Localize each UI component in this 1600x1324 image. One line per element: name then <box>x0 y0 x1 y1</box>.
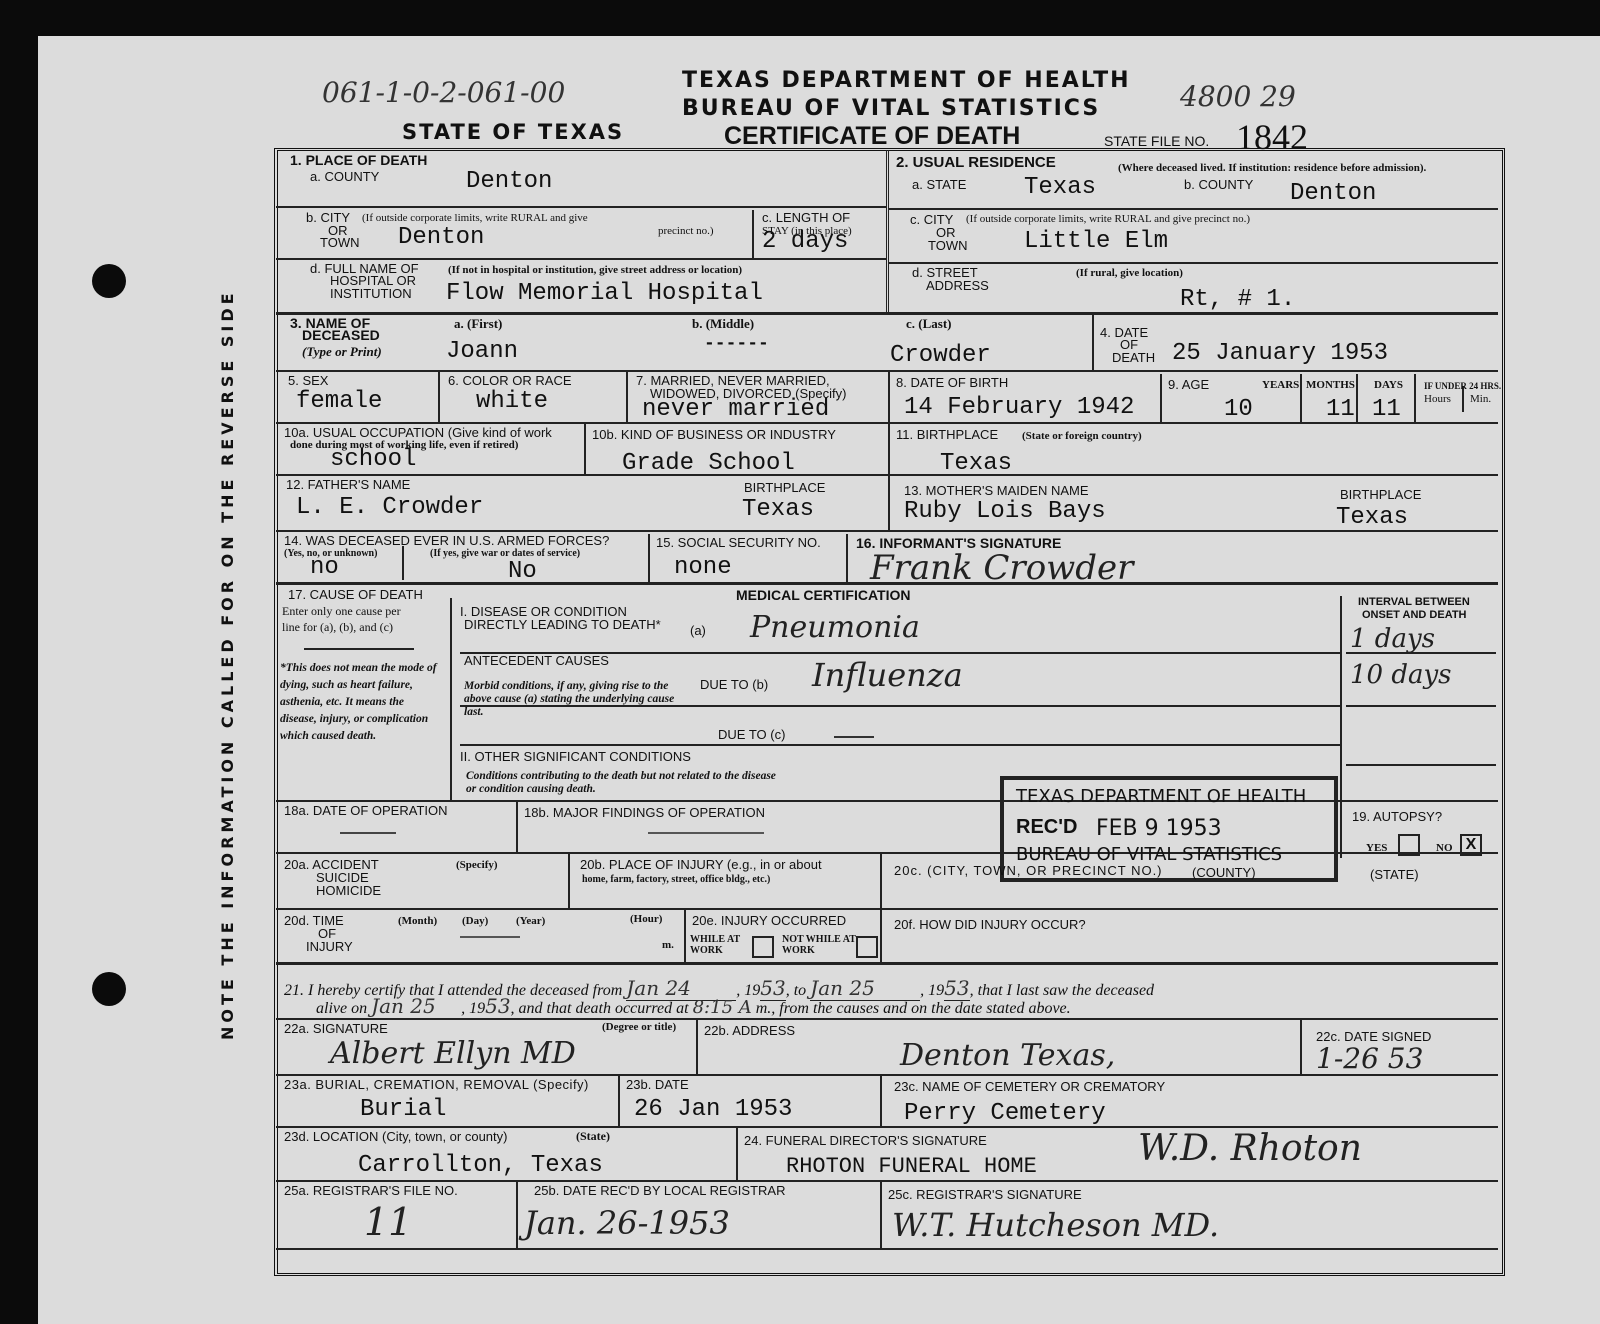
address-label: ADDRESS <box>926 279 989 292</box>
street-address-field[interactable]: Rt, # 1. <box>1180 286 1295 313</box>
burial-method-label: 23a. BURIAL, CREMATION, REMOVAL (Specify… <box>284 1078 589 1091</box>
city-town-label: TOWN <box>320 236 359 249</box>
reverse-side-note: NOTE THE INFORMATION CALLED FOR ON THE R… <box>218 289 237 1040</box>
autopsy-yes-checkbox[interactable] <box>1398 834 1420 856</box>
morbid-hint: Morbid conditions, if any, giving rise t… <box>464 680 690 719</box>
department-title: TEXAS DEPARTMENT OF HEALTH <box>682 68 1131 93</box>
death-county-field[interactable]: Denton <box>466 168 552 195</box>
hour-label: (Hour) <box>630 914 662 925</box>
physician-signature-label: 22a. SIGNATURE <box>284 1022 388 1035</box>
cause-a-label: (a) <box>690 624 706 637</box>
cause-footnote: *This does not mean the mode of dying, s… <box>280 660 440 745</box>
sex-label: 5. SEX <box>288 374 328 387</box>
registrar-signature-label: 25c. REGISTRAR'S SIGNATURE <box>888 1188 1082 1201</box>
armed-forces-hint-b: (If yes, give war or dates of service) <box>430 548 580 559</box>
min-label: Min. <box>1470 394 1491 405</box>
dob-label: 8. DATE OF BIRTH <box>896 376 1008 389</box>
father-birthplace-field[interactable]: Texas <box>742 496 814 523</box>
registrar-date-label: 25b. DATE REC'D BY LOCAL REGISTRAR <box>534 1184 785 1197</box>
funeral-home-field[interactable]: RHOTON FUNERAL HOME <box>786 1154 1037 1179</box>
deceased-label: DECEASED <box>302 328 380 342</box>
bureau-title: BUREAU OF VITAL STATISTICS <box>682 96 1100 121</box>
registrar-file-label: 25a. REGISTRAR'S FILE NO. <box>284 1184 458 1197</box>
state-file-label: STATE FILE NO. <box>1104 134 1209 148</box>
marital-status-field[interactable]: never married <box>642 396 829 423</box>
race-field[interactable]: white <box>476 388 548 415</box>
date-of-birth-field[interactable]: 14 February 1942 <box>904 394 1134 421</box>
mother-name-field[interactable]: Ruby Lois Bays <box>904 498 1106 525</box>
burial-location-field[interactable]: Carrollton, Texas <box>358 1152 603 1179</box>
injury-city-label: 20c. (CITY, TOWN, OR PRECINCT NO.) <box>894 864 1163 877</box>
hospital-label-3: INSTITUTION <box>330 287 412 300</box>
residence-city-field[interactable]: Little Elm <box>1024 228 1168 255</box>
handwritten-code: 061-1-0-2-061-00 <box>322 76 565 109</box>
father-birthplace-label: BIRTHPLACE <box>744 481 825 494</box>
disease-label-2: DIRECTLY LEADING TO DEATH* <box>464 618 661 631</box>
operation-findings-label: 18b. MAJOR FINDINGS OF OPERATION <box>524 806 765 819</box>
how-injury-label: 20f. HOW DID INJURY OCCUR? <box>894 918 1086 931</box>
hospital-hint: (If not in hospital or institution, give… <box>448 265 742 276</box>
antecedent-label: ANTECEDENT CAUSES <box>464 654 609 667</box>
while-at-work-checkbox[interactable] <box>752 936 774 958</box>
year-label: (Year) <box>516 916 545 927</box>
physician-address-label: 22b. ADDRESS <box>704 1024 795 1037</box>
state-label: STATE OF TEXAS <box>402 120 624 144</box>
last-name-label: c. (Last) <box>906 318 952 329</box>
interval-label-2: ONSET AND DEATH <box>1362 609 1467 622</box>
divider <box>304 648 414 650</box>
cause-instr-2: line for (a), (b), and (c) <box>282 622 393 633</box>
cause-b-label: DUE TO (b) <box>700 678 768 691</box>
city-hint: (If outside corporate limits, write RURA… <box>362 213 588 224</box>
interval-label: INTERVAL BETWEEN <box>1358 596 1470 609</box>
month-label: (Month) <box>398 916 437 927</box>
county-label: a. COUNTY <box>310 170 379 183</box>
father-label: 12. FATHER'S NAME <box>286 478 410 491</box>
days-label: DAYS <box>1374 380 1403 391</box>
burial-state-label: (State) <box>576 1131 610 1142</box>
first-name-field[interactable]: Joann <box>446 338 518 365</box>
m-label: m. <box>662 940 674 951</box>
residence-town-label: TOWN <box>928 239 967 252</box>
degree-label: (Degree or title) <box>602 1022 676 1033</box>
while-at-work-label: WHILE AT WORK <box>690 934 746 956</box>
last-seen-year-field[interactable]: 53 <box>485 994 510 1019</box>
first-name-label: a. (First) <box>454 318 502 329</box>
burial-date-field[interactable]: 26 Jan 1953 <box>634 1096 792 1123</box>
residence-county-field[interactable]: Denton <box>1290 180 1376 207</box>
occupation-label: 10a. USUAL OCCUPATION (Give kind of work <box>284 426 552 439</box>
place-of-injury-label: 20b. PLACE OF INJURY (e.g., in or about <box>580 858 822 871</box>
punch-hole <box>92 264 126 298</box>
date-of-death-field[interactable]: 25 January 1953 <box>1172 340 1388 367</box>
ssn-label: 15. SOCIAL SECURITY NO. <box>656 536 821 549</box>
birthplace-label: 11. BIRTHPLACE <box>896 428 998 441</box>
stamp-date: FEB 9 1953 <box>1096 816 1222 841</box>
registrar-signature[interactable]: W.T. Hutcheson MD. <box>892 1206 1219 1244</box>
cause-b-interval-field[interactable]: 10 days <box>1350 660 1452 690</box>
certification-statement-2: alive on Jan 25, 1953, and that death oc… <box>316 994 1496 1019</box>
place-of-death-label: 1. PLACE OF DEATH <box>290 153 427 167</box>
dod-death-label: DEATH <box>1112 351 1155 364</box>
operation-date-label: 18a. DATE OF OPERATION <box>284 804 448 817</box>
sex-field[interactable]: female <box>296 388 382 415</box>
stamp-recd: REC'D <box>1016 816 1077 839</box>
cause-c-label: DUE TO (c) <box>718 728 785 741</box>
cause-c-field[interactable] <box>834 736 874 738</box>
armed-forces-field[interactable]: no <box>310 554 339 581</box>
autopsy-yes-label: YES <box>1366 843 1387 854</box>
registrar-date-field[interactable]: Jan. 26-1953 <box>524 1204 730 1242</box>
cause-instr-1: Enter only one cause per <box>282 606 401 617</box>
operation-date-field[interactable] <box>340 832 396 834</box>
burial-location-label: 23d. LOCATION (City, town, or county) <box>284 1130 507 1143</box>
race-label: 6. COLOR OR RACE <box>448 374 572 387</box>
mother-label: 13. MOTHER'S MAIDEN NAME <box>904 484 1089 497</box>
months-label: MONTHS <box>1306 380 1355 391</box>
place-of-injury-hint: home, farm, factory, street, office bldg… <box>582 874 770 885</box>
occupation-field[interactable]: school <box>330 446 416 473</box>
residence-hint: (Where deceased lived. If institution: r… <box>1118 161 1478 175</box>
other-conditions-hint: Conditions contributing to the death but… <box>466 770 786 796</box>
type-or-print-label: (Type or Print) <box>302 345 382 358</box>
cemetery-label: 23c. NAME OF CEMETERY OR CREMATORY <box>894 1080 1165 1093</box>
not-while-at-work-label: NOT WHILE AT WORK <box>782 934 856 956</box>
operation-findings-field[interactable] <box>648 832 764 834</box>
age-years-field[interactable]: 10 <box>1224 396 1253 423</box>
length-of-stay-field[interactable]: 2 days <box>762 228 848 255</box>
registrar-file-field[interactable]: 11 <box>364 1200 412 1244</box>
middle-name-field[interactable]: ------ <box>704 334 769 354</box>
mother-birthplace-label: BIRTHPLACE <box>1340 488 1421 501</box>
death-city-field[interactable]: Denton <box>398 224 484 251</box>
time-of-death-field[interactable]: 8:15 A <box>693 997 752 1019</box>
autopsy-no-checkbox[interactable]: X <box>1460 834 1482 856</box>
father-name-field[interactable]: L. E. Crowder <box>296 494 483 521</box>
city-hint-2: precinct no.) <box>658 226 714 237</box>
not-while-at-work-checkbox[interactable] <box>856 936 878 958</box>
injury-county-label: (COUNTY) <box>1192 866 1256 879</box>
stamp-line-3: BUREAU OF VITAL STATISTICS <box>1016 844 1282 865</box>
ssn-field[interactable]: none <box>674 554 732 581</box>
injury-occurred-label: 20e. INJURY OCCURRED <box>692 914 846 927</box>
certificate-title: CERTIFICATE OF DEATH <box>724 122 1020 151</box>
autopsy-label: 19. AUTOPSY? <box>1352 810 1442 823</box>
war-service-field[interactable]: No <box>508 558 537 585</box>
last-name-field[interactable]: Crowder <box>890 342 991 369</box>
state-label: a. STATE <box>912 178 966 191</box>
cause-b-field[interactable]: Influenza <box>812 656 963 694</box>
medical-certification-label: MEDICAL CERTIFICATION <box>736 588 910 602</box>
informant-signature[interactable]: Frank Crowder <box>870 548 1133 588</box>
handwritten-number: 4800 29 <box>1180 80 1296 113</box>
usual-residence-label: 2. USUAL RESIDENCE <box>896 156 1056 170</box>
age-label: 9. AGE <box>1168 378 1209 391</box>
other-conditions-label: II. OTHER SIGNIFICANT CONDITIONS <box>460 750 691 763</box>
middle-name-label: b. (Middle) <box>692 318 754 329</box>
age-days-field[interactable]: 11 <box>1372 396 1401 423</box>
street-hint: (If rural, give location) <box>1076 268 1183 279</box>
cause-a-interval-field[interactable]: 1 days <box>1350 624 1435 654</box>
injury-label: INJURY <box>306 940 353 953</box>
funeral-director-signature[interactable]: W.D. Rhoton <box>1138 1128 1362 1169</box>
funeral-director-label: 24. FUNERAL DIRECTOR'S SIGNATURE <box>744 1134 987 1147</box>
hospital-field[interactable]: Flow Memorial Hospital <box>446 280 763 307</box>
business-field[interactable]: Grade School <box>622 450 795 477</box>
last-seen-alive-field[interactable]: Jan 25 <box>371 994 461 1019</box>
cause-a-field[interactable]: Pneumonia <box>750 610 920 645</box>
under-24-label: IF UNDER 24 HRS. <box>1424 381 1501 392</box>
homicide-label: HOMICIDE <box>316 884 381 897</box>
time-of-injury-field[interactable] <box>460 936 520 938</box>
residence-county-label: b. COUNTY <box>1184 178 1253 191</box>
age-months-field[interactable]: 11 <box>1326 396 1355 423</box>
injury-state-label: (STATE) <box>1370 868 1419 881</box>
birthplace-hint: (State or foreign country) <box>1022 431 1142 442</box>
specify-label: (Specify) <box>456 860 498 871</box>
cause-of-death-label: 17. CAUSE OF DEATH <box>288 588 423 601</box>
stamp-line-1: TEXAS DEPARTMENT OF HEALTH <box>1016 786 1306 807</box>
business-label: 10b. KIND OF BUSINESS OR INDUSTRY <box>592 428 836 441</box>
cemetery-field[interactable]: Perry Cemetery <box>904 1100 1106 1127</box>
physician-address-field[interactable]: Denton Texas, <box>900 1038 1115 1073</box>
mother-birthplace-field[interactable]: Texas <box>1336 504 1408 531</box>
burial-method-field[interactable]: Burial <box>360 1096 446 1123</box>
day-label: (Day) <box>462 916 488 927</box>
birthplace-field[interactable]: Texas <box>940 450 1012 477</box>
years-label: YEARS <box>1262 380 1299 391</box>
punch-hole <box>92 972 126 1006</box>
autopsy-no-label: NO <box>1436 843 1453 854</box>
date-signed-field[interactable]: 1-26 53 <box>1316 1042 1423 1075</box>
stay-label: c. LENGTH OF <box>762 211 850 224</box>
residence-city-hint: (If outside corporate limits, write RURA… <box>966 214 1250 225</box>
burial-date-label: 23b. DATE <box>626 1078 689 1091</box>
physician-signature[interactable]: Albert Ellyn MD <box>330 1036 576 1071</box>
hours-label: Hours <box>1424 394 1451 405</box>
armed-forces-label: 14. WAS DECEASED EVER IN U.S. ARMED FORC… <box>284 534 609 547</box>
residence-state-field[interactable]: Texas <box>1024 174 1096 201</box>
